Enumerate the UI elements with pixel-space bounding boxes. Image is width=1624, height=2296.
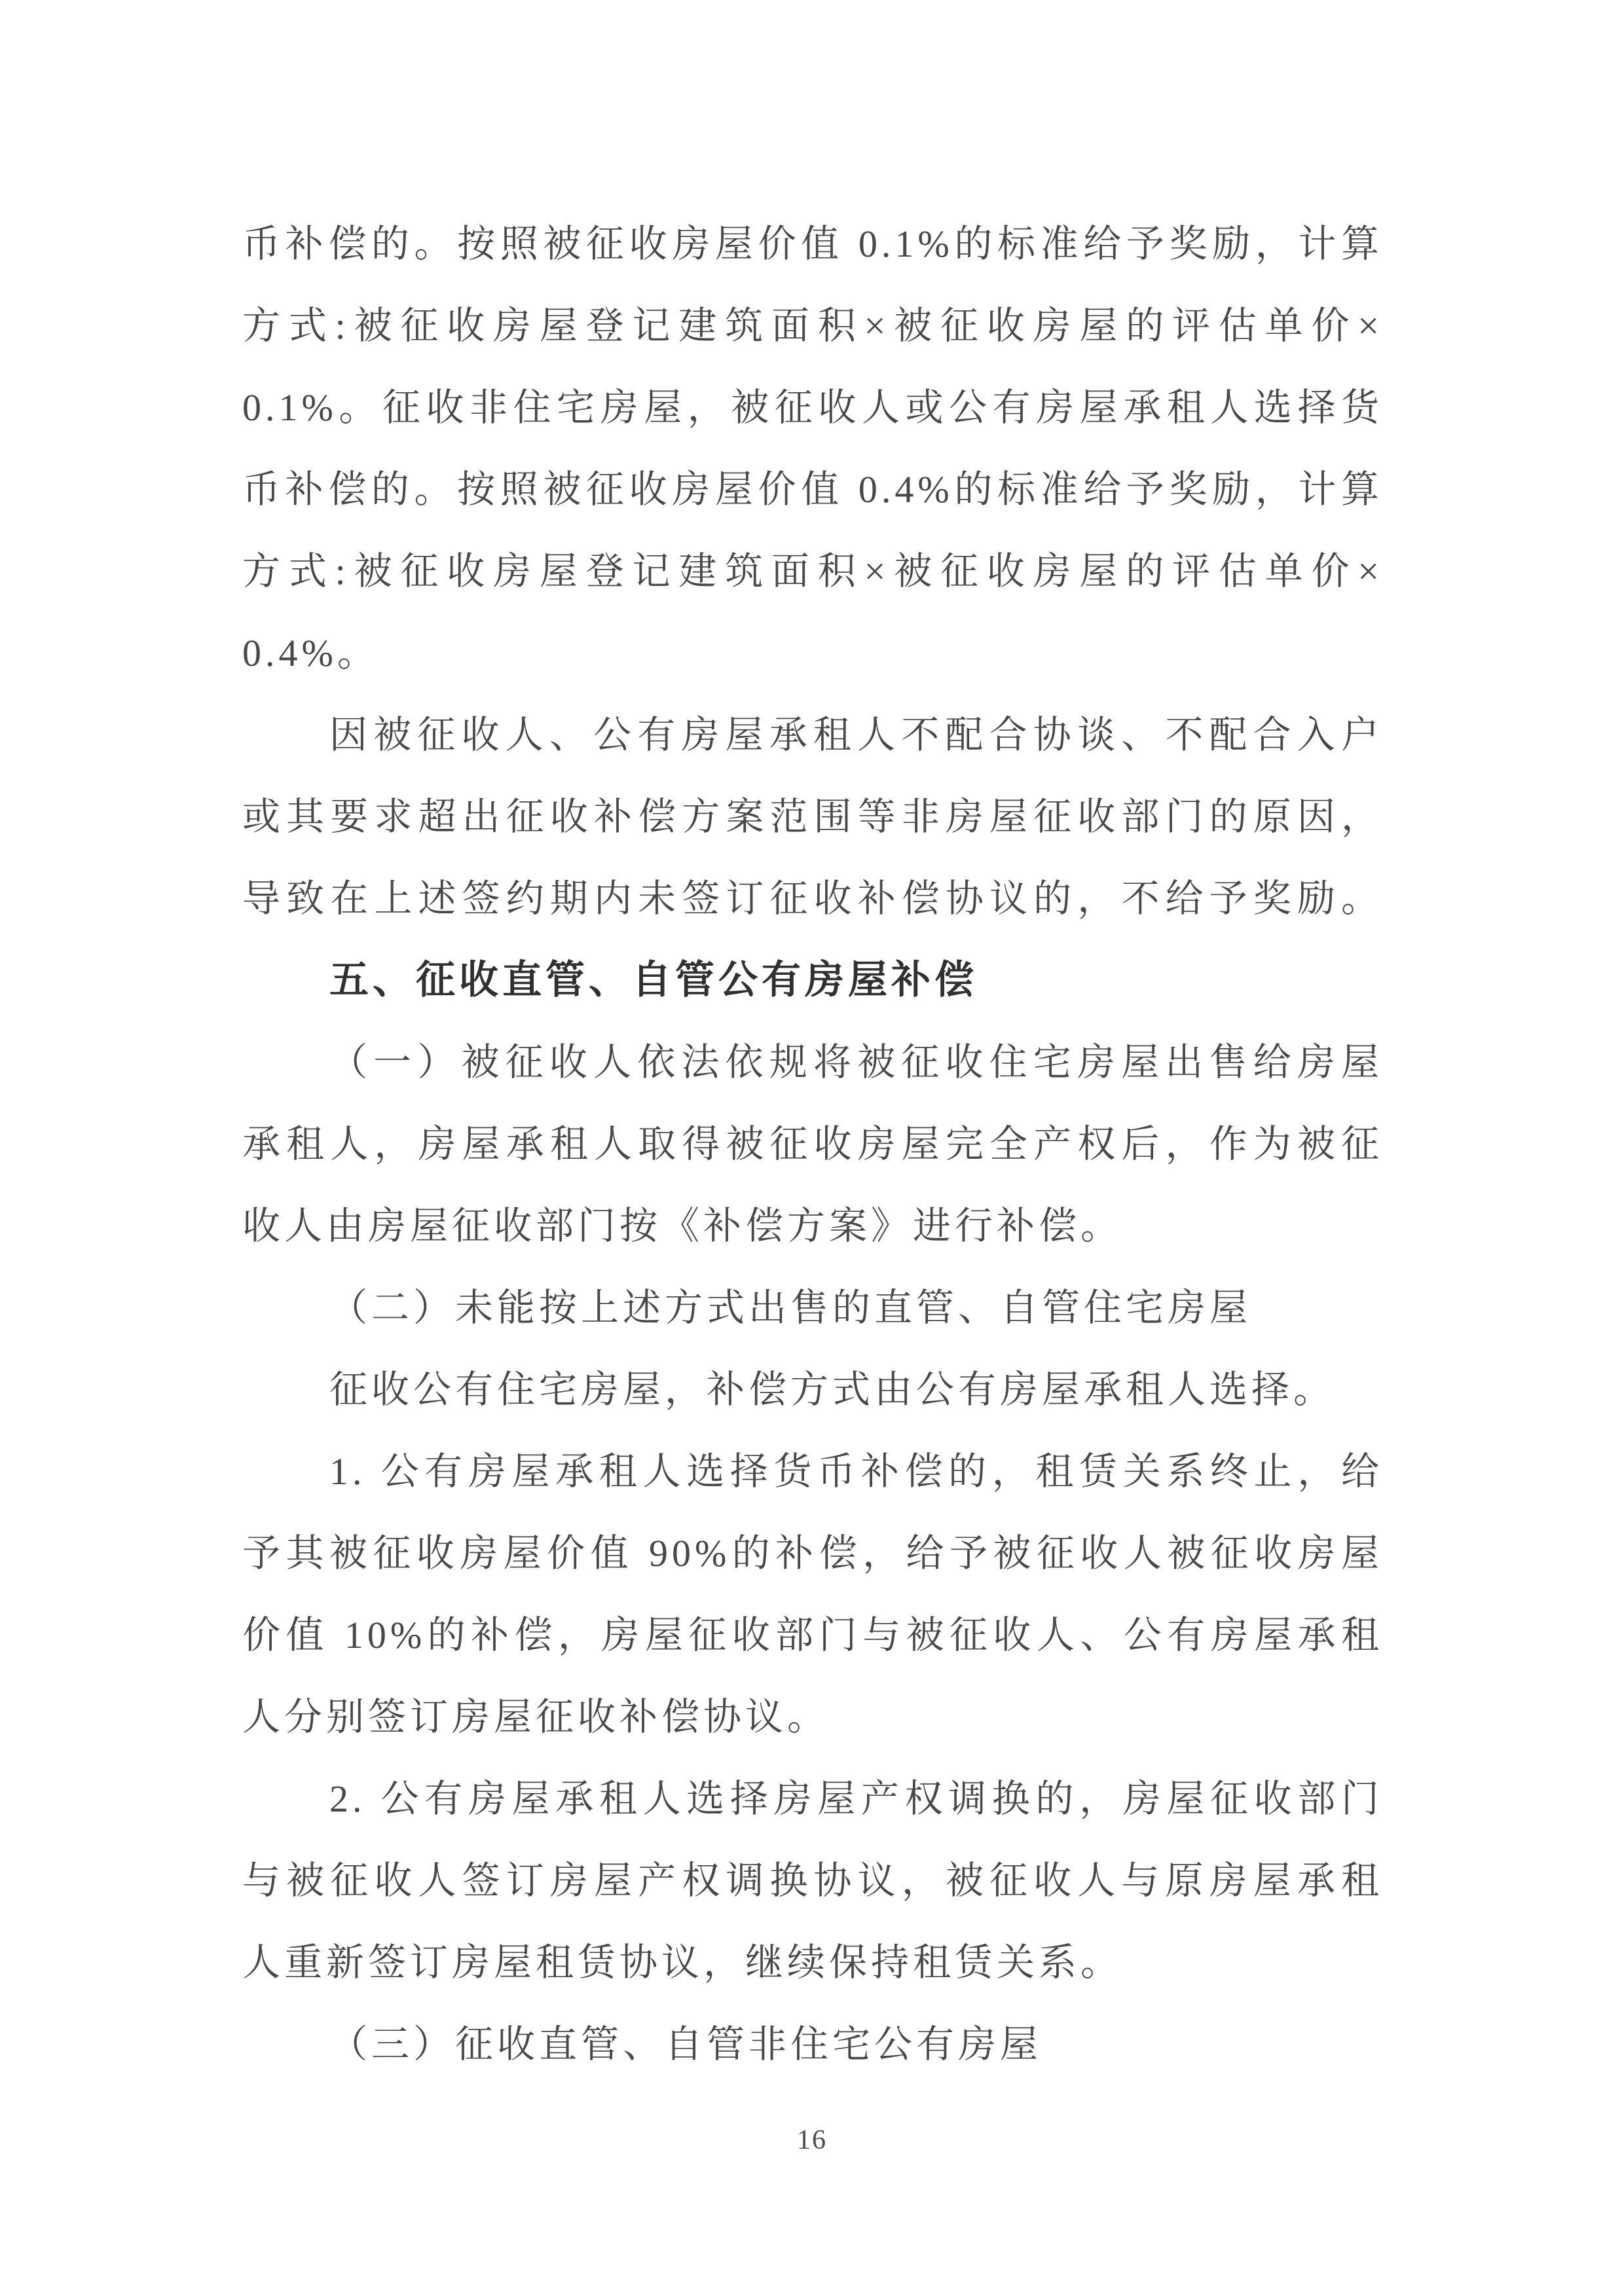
text-line: 收人由房屋征收部门按《补偿方案》进行补偿。 xyxy=(242,1185,1383,1267)
text-line: 0.4%。 xyxy=(242,612,1383,694)
text-line: 予其被征收房屋价值 90%的补偿，给予被征收人被征收房屋 xyxy=(242,1512,1383,1594)
text-line: 币补偿的。按照被征收房屋价值 0.4%的标准给予奖励，计算 xyxy=(242,448,1383,530)
text-line: （二）未能按上述方式出售的直管、自管住宅房屋 xyxy=(242,1267,1383,1349)
text-line: 0.1%。征收非住宅房屋，被征收人或公有房屋承租人选择货 xyxy=(242,367,1383,448)
section-heading: 五、征收直管、自管公有房屋补偿 xyxy=(242,939,1383,1021)
document-page: 币补偿的。按照被征收房屋价值 0.1%的标准给予奖励，计算方式:被征收房屋登记建… xyxy=(0,0,1624,2296)
text-line: 方式:被征收房屋登记建筑面积×被征收房屋的评估单价× xyxy=(242,285,1383,367)
text-line: （三）征收直管、自管非住宅公有房屋 xyxy=(242,2003,1383,2085)
text-line: 或其要求超出征收补偿方案范围等非房屋征收部门的原因， xyxy=(242,776,1383,858)
text-line: 导致在上述签约期内未签订征收补偿协议的，不给予奖励。 xyxy=(242,858,1383,939)
text-line: 币补偿的。按照被征收房屋价值 0.1%的标准给予奖励，计算 xyxy=(242,203,1383,285)
text-line: 1. 公有房屋承租人选择货币补偿的，租赁关系终止，给 xyxy=(242,1430,1383,1512)
text-line: 承租人，房屋承租人取得被征收房屋完全产权后，作为被征 xyxy=(242,1103,1383,1185)
text-line: 方式:被征收房屋登记建筑面积×被征收房屋的评估单价× xyxy=(242,530,1383,612)
text-line: （一）被征收人依法依规将被征收住宅房屋出售给房屋 xyxy=(242,1021,1383,1103)
text-line: 人重新签订房屋租赁协议，继续保持租赁关系。 xyxy=(242,1922,1383,2003)
page-number: 16 xyxy=(0,2121,1624,2160)
text-line: 价值 10%的补偿，房屋征收部门与被征收人、公有房屋承租 xyxy=(242,1594,1383,1676)
text-line: 因被征收人、公有房屋承租人不配合协谈、不配合入户 xyxy=(242,694,1383,776)
text-line: 人分别签订房屋征收补偿协议。 xyxy=(242,1676,1383,1758)
text-block: 币补偿的。按照被征收房屋价值 0.1%的标准给予奖励，计算方式:被征收房屋登记建… xyxy=(242,203,1383,2085)
text-line: 征收公有住宅房屋，补偿方式由公有房屋承租人选择。 xyxy=(242,1349,1383,1430)
text-line: 与被征收人签订房屋产权调换协议，被征收人与原房屋承租 xyxy=(242,1840,1383,1922)
text-line: 2. 公有房屋承租人选择房屋产权调换的，房屋征收部门 xyxy=(242,1758,1383,1840)
